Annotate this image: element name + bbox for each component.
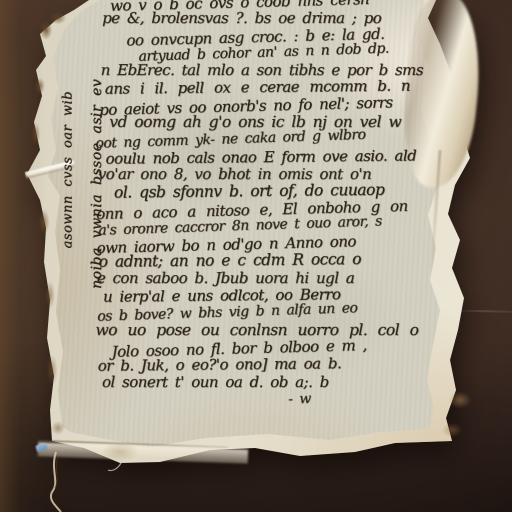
- photo-scene: wo v o b oc ovs o coob nns cershpe &, br…: [0, 0, 512, 512]
- manuscript-line: n EbErec. tal mlo a son tibhs e por b sm…: [101, 61, 441, 78]
- manuscript-line: e con saboo b. Jbub uora hi ugl a: [97, 269, 443, 286]
- manuscript-page: wo v o b oc ovs o coob nns cershpe &, br…: [0, 0, 512, 512]
- handwritten-text-block: wo v o b oc ovs o coob nns cershpe &, br…: [102, 0, 444, 409]
- manuscript-line: vo'ar ono 8, vo bhot in omis ont o'n: [98, 165, 442, 182]
- margin-note-vertical-outer: asownn cvss oar wib: [61, 99, 76, 249]
- margin-note-vertical-inner: noiba vwnia bssoe asir ev: [89, 0, 105, 289]
